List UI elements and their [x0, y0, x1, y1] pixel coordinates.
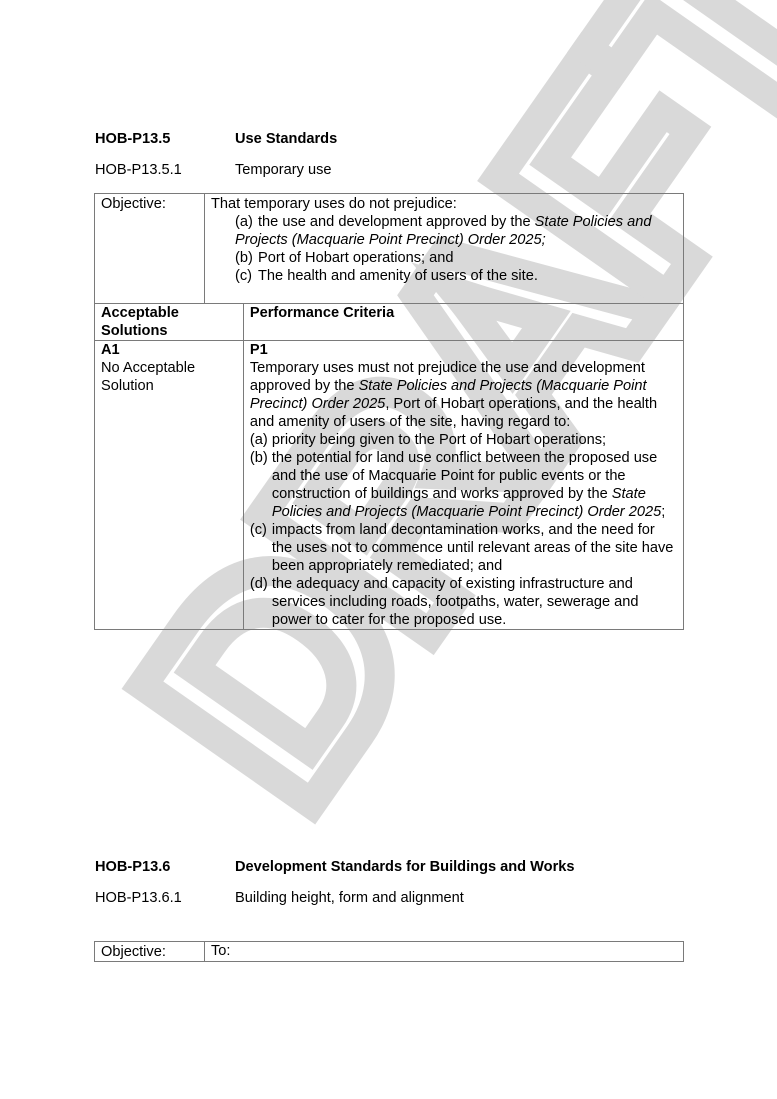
- objective-item: (b)Port of Hobart operations; and: [211, 249, 677, 267]
- section-title: Use Standards: [235, 131, 337, 147]
- a1-text: No Acceptable Solution: [101, 359, 237, 395]
- objective-item: (a)the use and development approved by t…: [211, 213, 677, 249]
- col-header-performance: Performance Criteria: [243, 304, 683, 341]
- acceptable-solution-cell: A1 No Acceptable Solution: [95, 341, 244, 630]
- objective-body: To:: [205, 942, 684, 962]
- p1-item: (c)impacts from land decontamination wor…: [250, 521, 677, 575]
- subsection-code: HOB-P13.5.1: [95, 162, 235, 178]
- objective-intro: That temporary uses do not prejudice:: [211, 195, 677, 213]
- p1-item: (a)priority being given to the Port of H…: [250, 431, 677, 449]
- objective-label: Objective:: [95, 942, 205, 962]
- standards-table: Objective: That temporary uses do not pr…: [94, 193, 684, 630]
- col-header-acceptable: Acceptable Solutions: [95, 304, 244, 341]
- section-code: HOB-P13.5: [95, 131, 235, 147]
- subsection-title: Temporary use: [235, 162, 332, 178]
- section-title: Development Standards for Buildings and …: [235, 859, 575, 875]
- objective-item: (c)The health and amenity of users of th…: [211, 267, 677, 285]
- p1-item: (d)the adequacy and capacity of existing…: [250, 575, 677, 629]
- subsection-heading: HOB-P13.5.1Temporary use: [95, 162, 332, 178]
- document-page: HOB-P13.5Use Standards HOB-P13.5.1Tempor…: [0, 0, 777, 1099]
- p1-label: P1: [250, 341, 677, 359]
- subsection-heading: HOB-P13.6.1Building height, form and ali…: [95, 890, 464, 906]
- subsection-code: HOB-P13.6.1: [95, 890, 235, 906]
- p1-item: (b)the potential for land use conflict b…: [250, 449, 677, 521]
- objective-label: Objective:: [95, 194, 205, 304]
- p1-intro: Temporary uses must not prejudice the us…: [250, 359, 677, 431]
- subsection-title: Building height, form and alignment: [235, 890, 464, 906]
- performance-criteria-cell: P1 Temporary uses must not prejudice the…: [243, 341, 683, 630]
- a1-label: A1: [101, 341, 237, 359]
- section-heading: HOB-P13.5Use Standards: [95, 131, 337, 147]
- section-heading: HOB-P13.6Development Standards for Build…: [95, 859, 575, 875]
- objective-table: Objective: To:: [94, 941, 684, 962]
- section-code: HOB-P13.6: [95, 859, 235, 875]
- objective-body: That temporary uses do not prejudice: (a…: [205, 194, 684, 304]
